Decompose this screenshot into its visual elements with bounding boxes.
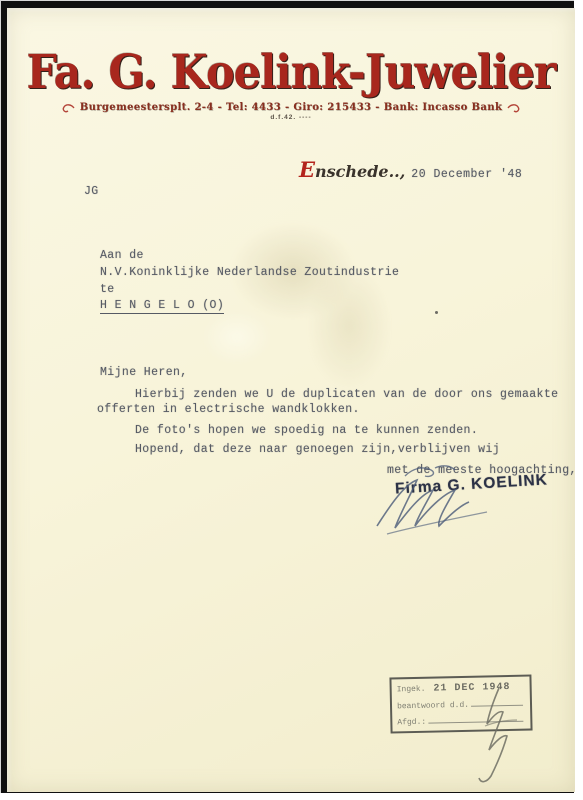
letterhead: Fa. G. Koelink-Juwelier Burgemeestersplt… bbox=[7, 52, 575, 121]
typed-date: 20 December '48 bbox=[411, 168, 522, 181]
letterhead-address-text: Burgemeestersplt. 2-4 - Tel: 4433 - Giro… bbox=[80, 102, 503, 113]
letterhead-code-line: d.f.42. ---- bbox=[7, 114, 575, 121]
paper-watermark bbox=[167, 183, 447, 403]
letterhead-address-line: Burgemeestersplt. 2-4 - Tel: 4433 - Giro… bbox=[7, 102, 575, 113]
received-label: Ingek. bbox=[397, 684, 426, 697]
signature bbox=[347, 460, 527, 550]
flourish-left-icon bbox=[61, 103, 75, 113]
recipient-line3: te bbox=[100, 283, 115, 296]
recipient-line1: Aan de bbox=[100, 249, 144, 262]
flourish-right-icon bbox=[507, 103, 521, 113]
city-filler: .., bbox=[389, 162, 406, 181]
recipient-city: H E N G E L O (O) bbox=[100, 299, 224, 312]
scanned-letter: Fa. G. Koelink-Juwelier Burgemeestersplt… bbox=[0, 0, 583, 800]
date-line: Enschede..,20 December '48 bbox=[299, 157, 522, 182]
filed-label: Afgd.: bbox=[397, 717, 426, 730]
recipient-company: N.V.Koninklijke Nederlandse Zoutindustri… bbox=[100, 266, 399, 279]
recipient-city-text: H E N G E L O (O) bbox=[100, 299, 224, 314]
city-printed: Enschede.., bbox=[299, 162, 405, 181]
letter-paper: Fa. G. Koelink-Juwelier Burgemeestersplt… bbox=[7, 8, 575, 792]
body-line3: De foto's hopen we spoedig na te kunnen … bbox=[135, 424, 478, 437]
reference-initials: JG bbox=[84, 185, 99, 198]
letterhead-title: Fa. G. Koelink-Juwelier bbox=[7, 50, 575, 96]
salutation: Mijne Heren, bbox=[100, 366, 188, 379]
body-line1: Hierbij zenden we U de duplicaten van de… bbox=[135, 388, 558, 401]
handwritten-paraph bbox=[455, 680, 535, 790]
body-line4: Hopend, dat deze naar genoegen zijn,verb… bbox=[135, 443, 500, 456]
city-initial: E bbox=[299, 157, 315, 182]
city-rest: nschede bbox=[315, 162, 389, 181]
body-line2: offerten in electrische wandklokken. bbox=[97, 403, 360, 416]
ink-speck bbox=[435, 311, 438, 314]
